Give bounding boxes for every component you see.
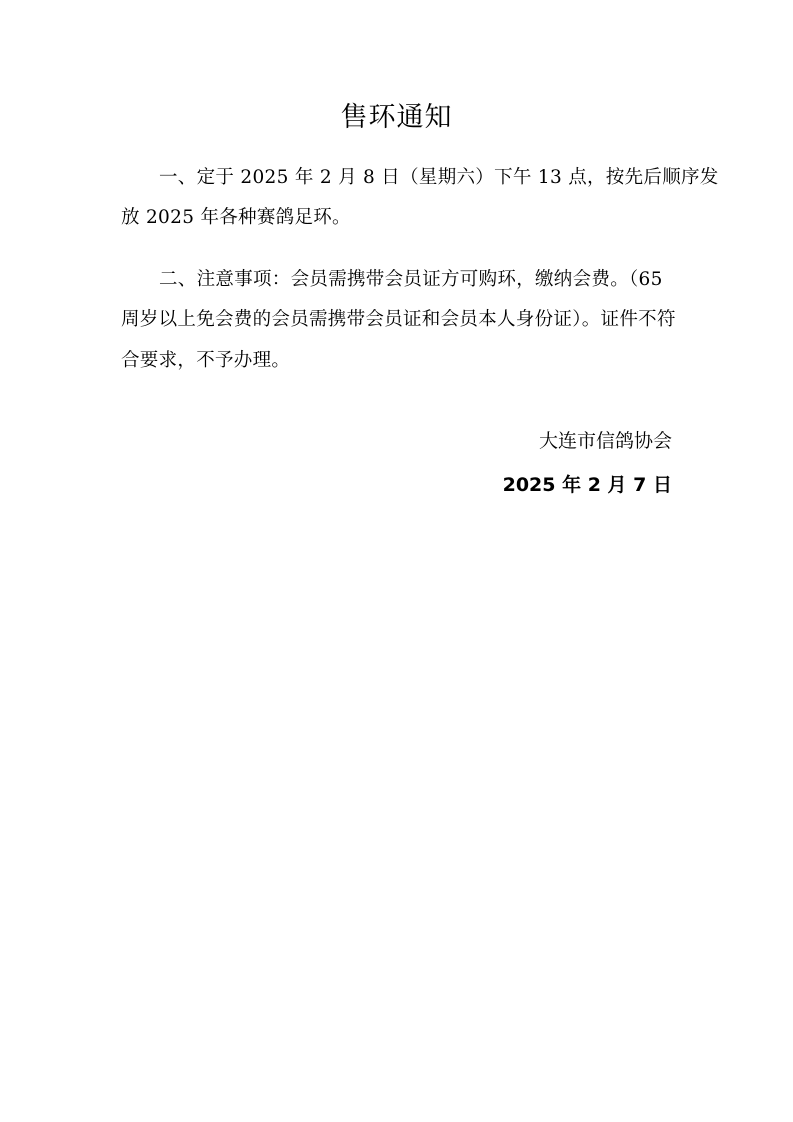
document-page: 售环通知 一、定于 2025 年 2 月 8 日（星期六）下午 13 点，按先后… <box>0 0 793 1122</box>
signature-organization: 大连市信鸽协会 <box>539 428 672 454</box>
signature-date: 2025 年 2 月 7 日 <box>503 472 672 498</box>
paragraph-2-line-2: 周岁以上免会费的会员需携带会员证和会员本人身份证）。证件不符 <box>121 308 676 332</box>
document-title: 售环通知 <box>0 100 793 136</box>
paragraph-2-line-1: 二、注意事项：会员需携带会员证方可购环，缴纳会费。（65 <box>159 268 663 292</box>
paragraph-1-line-2: 放 2025 年各种赛鸽足环。 <box>121 206 351 230</box>
paragraph-1-line-1: 一、定于 2025 年 2 月 8 日（星期六）下午 13 点，按先后顺序发 <box>159 166 719 190</box>
paragraph-2-line-3: 合要求，不予办理。 <box>121 349 290 373</box>
